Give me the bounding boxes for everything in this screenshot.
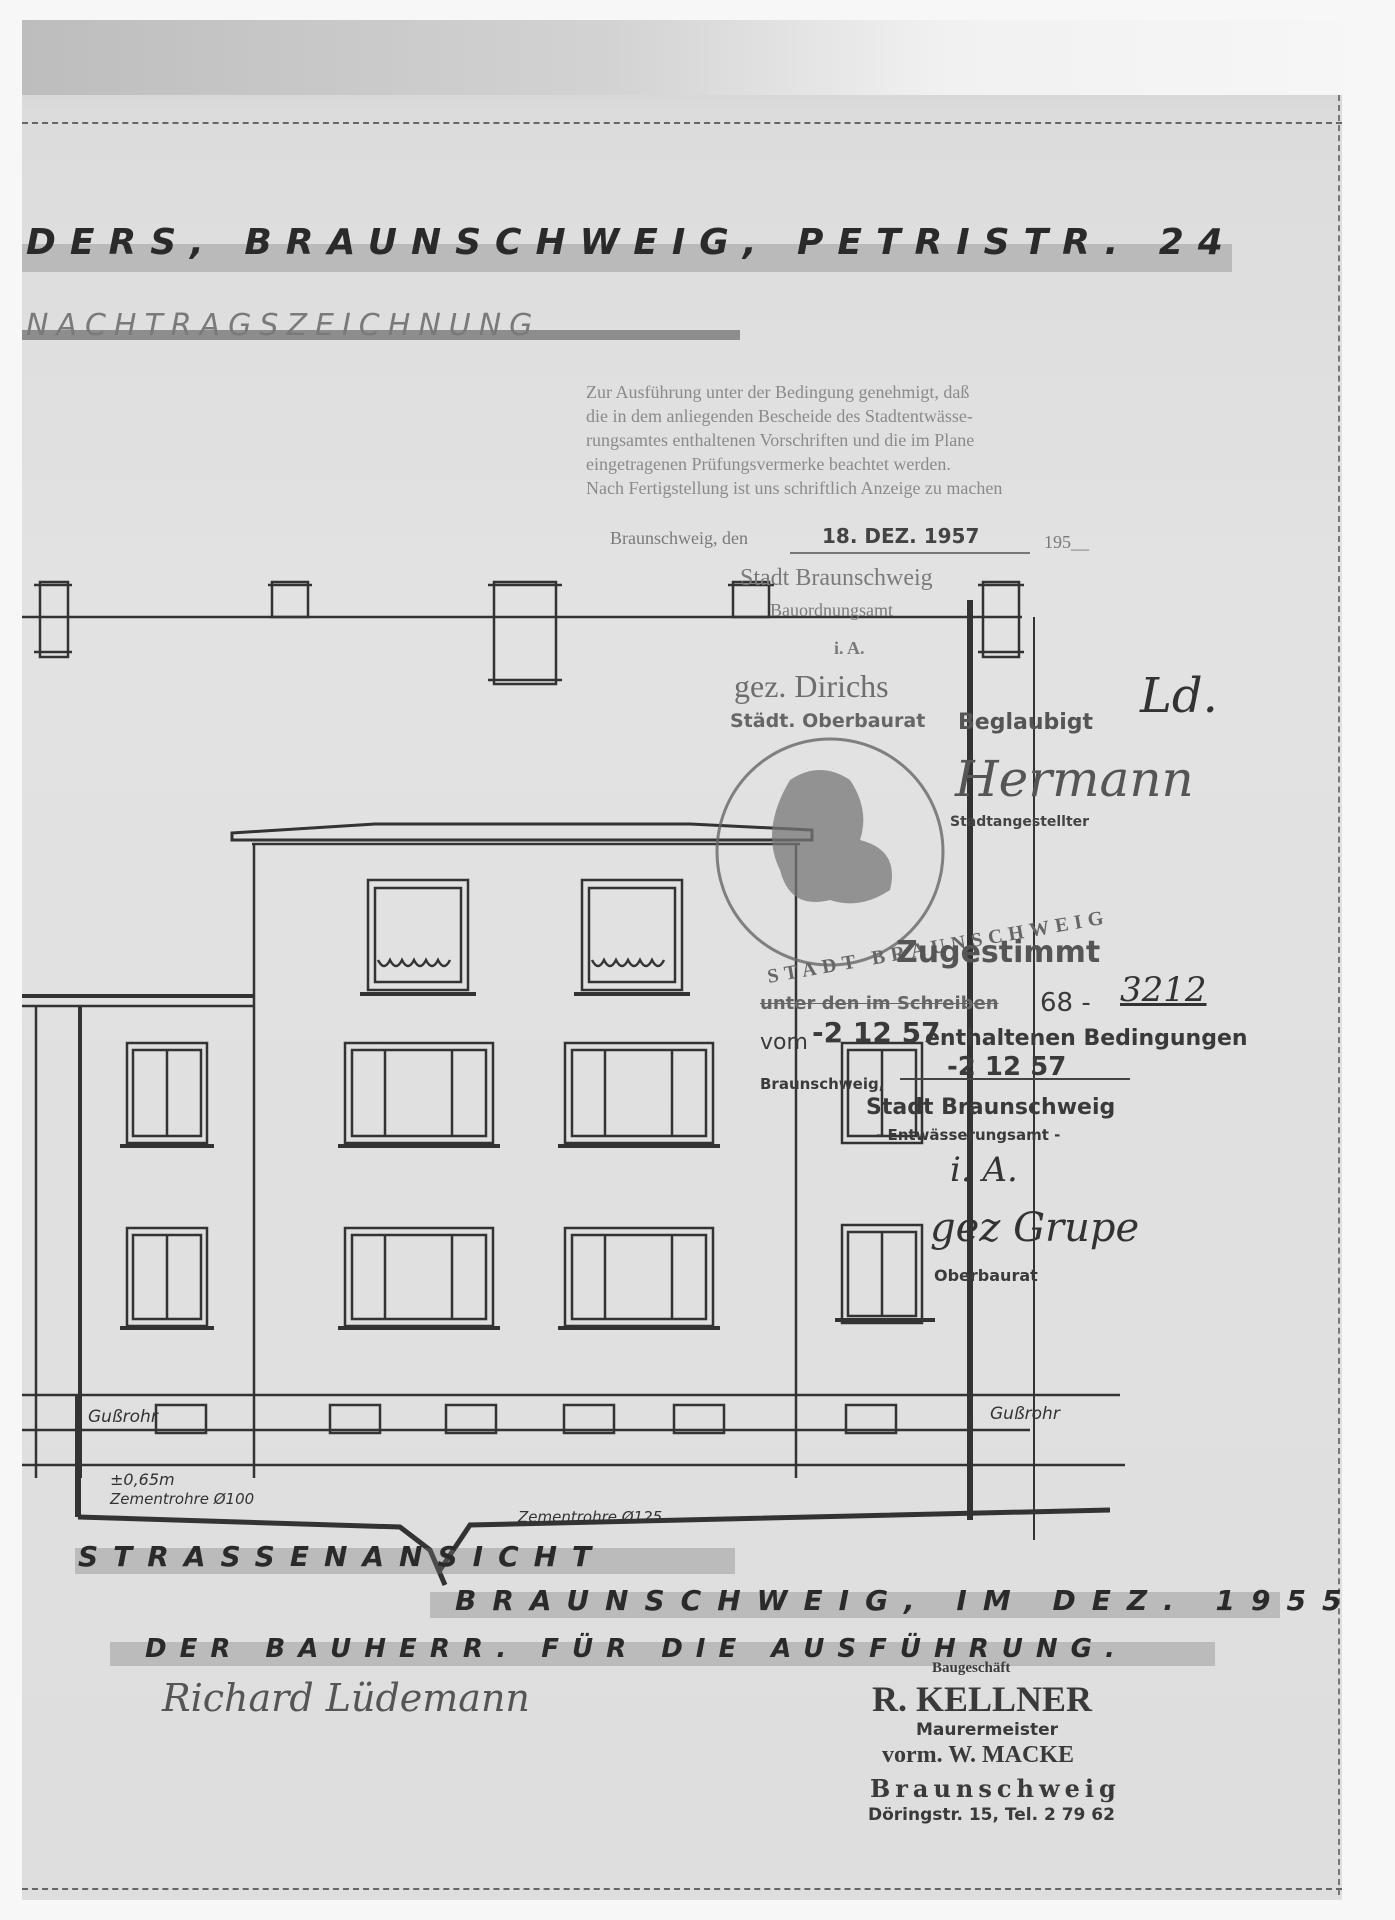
owner-signature: Richard Lüdemann — [162, 1676, 530, 1720]
contractor-name: R. KELLNER — [872, 1678, 1092, 1720]
approval-line: Zur Ausführung unter der Bedingung geneh… — [586, 380, 1146, 404]
view-title: STRASSENANSICHT — [78, 1540, 606, 1573]
contractor-business: Baugeschäft — [932, 1660, 1010, 1677]
drainage-role: Oberbaurat — [934, 1266, 1038, 1285]
certification-role: Stadtangestellter — [950, 814, 1089, 830]
pipe-100-label: Zementrohre Ø100 — [110, 1490, 254, 1508]
approval-line: eingetragenen Prüfungsvermerke beachtet … — [586, 452, 1146, 476]
drainage-signed: gez Grupe — [930, 1205, 1139, 1251]
approval-line: die in dem anliegenden Bescheide des Sta… — [586, 404, 1146, 428]
contractor-former: vorm. W. MACKE — [882, 1742, 1074, 1769]
drainage-line1-prefix: unter den im Schreiben — [760, 993, 999, 1014]
approval-text-block: Zur Ausführung unter der Bedingung geneh… — [586, 380, 1146, 500]
drainage-date-line — [900, 1078, 1130, 1080]
approval-date-line — [790, 552, 1030, 554]
pipe-label-right: Gußrohr — [990, 1404, 1060, 1424]
approval-line: rungsamtes enthaltenen Vorschriften und … — [586, 428, 1146, 452]
drainage-place: Braunschweig, — [760, 1075, 884, 1093]
drainage-line2-suffix: enthaltenen Bedingungen — [925, 1026, 1248, 1051]
approval-signed: gez. Dirichs — [734, 668, 889, 705]
place-date: BRAUNSCHWEIG, IM DEZ. 1955 — [455, 1584, 1357, 1617]
approval-role: Städt. Oberbaurat — [730, 710, 925, 732]
drainage-office: - Entwässerungsamt - — [876, 1126, 1060, 1144]
contractor-trade: Maurermeister — [916, 1720, 1058, 1740]
approval-authority: Stadt Braunschweig — [740, 565, 933, 592]
certification-initials: Ld. — [1140, 668, 1218, 724]
approval-date: 18. DEZ. 1957 — [822, 524, 979, 548]
certification-label: Beglaubigt — [958, 710, 1093, 735]
drainage-title: Zugestimmt — [896, 935, 1100, 970]
drainage-authority: Stadt Braunschweig — [866, 1095, 1115, 1120]
drainage-ref-handwritten: 3212 — [1120, 970, 1207, 1010]
approval-line: Nach Fertigstellung ist uns schriftlich … — [586, 476, 1146, 500]
drainage-ref-no: 68 - — [1040, 988, 1091, 1018]
pipe-125-label: Zementrohre Ø125 — [518, 1508, 662, 1526]
street-elevation-drawing — [0, 0, 1395, 1920]
drainage-line2-prefix: vom — [760, 1030, 808, 1055]
approval-ia: i. A. — [834, 638, 865, 659]
pipe-label-left: Gußrohr — [88, 1407, 158, 1427]
contractor-city: Braunschweig — [870, 1774, 1121, 1803]
drainage-ia: i. A. — [950, 1150, 1018, 1190]
drainage-date1: -2 12 57 — [812, 1016, 941, 1049]
approval-place: Braunschweig, den — [610, 528, 748, 549]
contractor-address: Döringstr. 15, Tel. 2 79 62 — [868, 1805, 1115, 1825]
depth-label: ±0,65m — [110, 1470, 175, 1489]
approval-office: Bauordnungsamt — [770, 600, 893, 621]
approval-year: 195__ — [1044, 532, 1089, 553]
certification-signature: Hermann — [955, 750, 1194, 808]
